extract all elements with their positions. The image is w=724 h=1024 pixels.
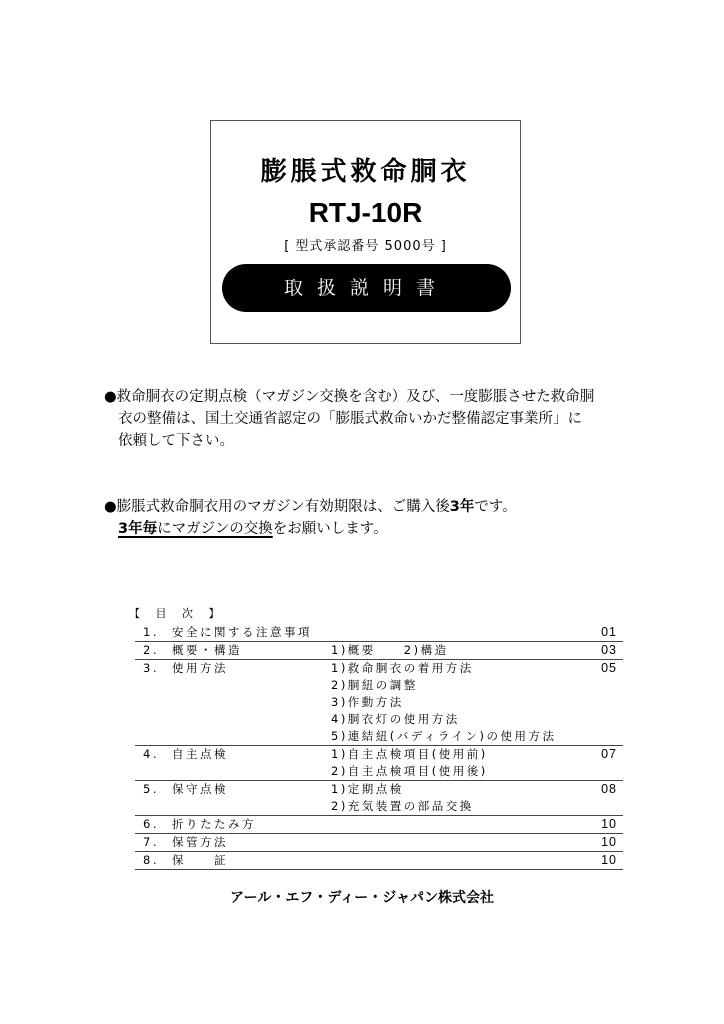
toc-subsections: 1)自主点検項目(使用前)2)自主点検項目(使用後) <box>331 746 623 780</box>
toc-section: 折りたたみ方 <box>172 816 256 833</box>
toc-page: 07 <box>601 746 617 763</box>
notice-maintenance: ●救命胴衣の定期点検（マガジン交換を含む）及び、一度膨脹させた救命胴 衣の整備は… <box>104 386 594 452</box>
bullet-icon: ● <box>104 389 117 405</box>
table-of-contents: 1.安全に関する注意事項012.概要・構造031)概要 2)構造3.使用方法05… <box>135 624 623 870</box>
bullet-icon: ● <box>104 499 117 515</box>
toc-row: 5.保守点検081)定期点検2)充気装置の部品交換 <box>135 781 623 816</box>
toc-subsection: 1)概要 2)構造 <box>331 642 623 659</box>
toc-row: 8.保 証10 <box>135 852 623 870</box>
toc-number: 3. <box>143 660 159 677</box>
toc-page: 10 <box>601 852 617 869</box>
product-title: 膨脹式救命胴衣 <box>211 151 520 188</box>
toc-section: 使用方法 <box>172 660 228 677</box>
toc-section: 保 証 <box>172 852 228 869</box>
toc-subsections: 1)定期点検2)充気装置の部品交換 <box>331 781 623 815</box>
toc-number: 2. <box>143 642 159 659</box>
toc-page: 10 <box>601 834 617 851</box>
toc-page: 01 <box>601 624 617 641</box>
model-number: RTJ-10R <box>211 197 520 229</box>
toc-subsection: 1)定期点検 <box>331 781 623 798</box>
toc-row: 2.概要・構造031)概要 2)構造 <box>135 642 623 660</box>
toc-page: 10 <box>601 816 617 833</box>
cover-frame: 膨脹式救命胴衣 RTJ-10R [ 型式承認番号 5000号 ] 取扱説明書 <box>210 120 521 344</box>
toc-subsections: 1)救命胴衣の着用方法2)胴紐の調整3)作動方法4)胴衣灯の使用方法5)連結紐(… <box>331 660 623 745</box>
toc-subsection: 2)充気装置の部品交換 <box>331 798 623 815</box>
toc-row: 4.自主点検071)自主点検項目(使用前)2)自主点検項目(使用後) <box>135 746 623 781</box>
toc-subsection: 3)作動方法 <box>331 694 623 711</box>
toc-page: 05 <box>601 660 617 677</box>
toc-row: 1.安全に関する注意事項01 <box>135 624 623 642</box>
toc-subsection: 5)連結紐(バディライン)の使用方法 <box>331 728 623 745</box>
toc-section: 概要・構造 <box>172 642 242 659</box>
toc-subsection: 2)胴紐の調整 <box>331 677 623 694</box>
toc-subsection: 2)自主点検項目(使用後) <box>331 763 623 780</box>
toc-number: 4. <box>143 746 159 763</box>
toc-row: 7.保管方法10 <box>135 834 623 852</box>
toc-number: 7. <box>143 834 159 851</box>
toc-section: 安全に関する注意事項 <box>172 624 312 641</box>
toc-row: 6.折りたたみ方10 <box>135 816 623 834</box>
toc-subsection: 1)自主点検項目(使用前) <box>331 746 623 763</box>
notice-magazine-expiry: ●膨脹式救命胴衣用のマガジン有効期限は、ご購入後3年です。 3年毎にマガジンの交… <box>104 496 517 540</box>
toc-page: 03 <box>601 642 617 659</box>
toc-heading: 【 目 次 】 <box>129 605 226 621</box>
approval-number: [ 型式承認番号 5000号 ] <box>211 235 520 254</box>
company-name: アール・エフ・ディー・ジャパン株式会社 <box>0 887 724 907</box>
toc-subsection: 4)胴衣灯の使用方法 <box>331 711 623 728</box>
document-type-banner: 取扱説明書 <box>222 264 511 312</box>
toc-section: 保守点検 <box>172 781 228 798</box>
toc-page: 08 <box>601 781 617 798</box>
toc-subsection: 1)救命胴衣の着用方法 <box>331 660 623 677</box>
toc-number: 8. <box>143 852 159 869</box>
toc-row: 3.使用方法051)救命胴衣の着用方法2)胴紐の調整3)作動方法4)胴衣灯の使用… <box>135 660 623 746</box>
toc-number: 6. <box>143 816 159 833</box>
toc-number: 1. <box>143 624 159 641</box>
toc-subsections: 1)概要 2)構造 <box>331 642 623 659</box>
toc-section: 自主点検 <box>172 746 228 763</box>
toc-section: 保管方法 <box>172 834 228 851</box>
toc-number: 5. <box>143 781 159 798</box>
